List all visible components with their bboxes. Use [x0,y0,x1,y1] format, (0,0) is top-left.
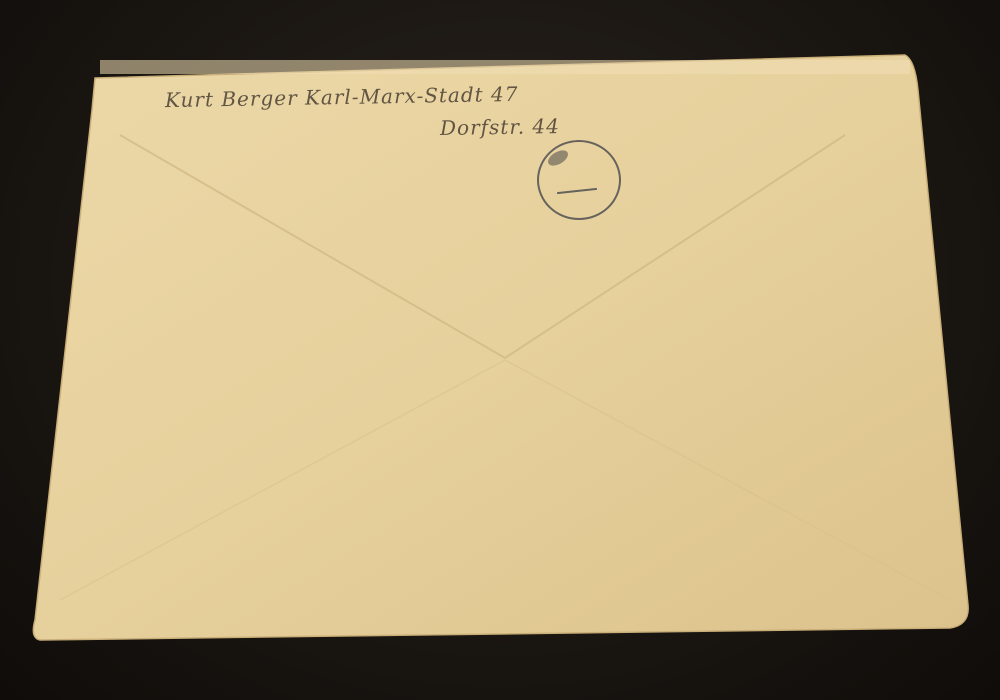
torn-top-edge [100,60,910,74]
postmark-ink-smudge [545,147,570,168]
photo-scene: Kurt Berger Karl-Marx-Stadt 47 Dorfstr. … [0,0,1000,700]
postmark-underline [557,188,597,194]
return-address-line-2: Dorfstr. 44 [440,114,560,140]
postmark-stamp [537,140,621,220]
envelope-body [33,55,968,640]
